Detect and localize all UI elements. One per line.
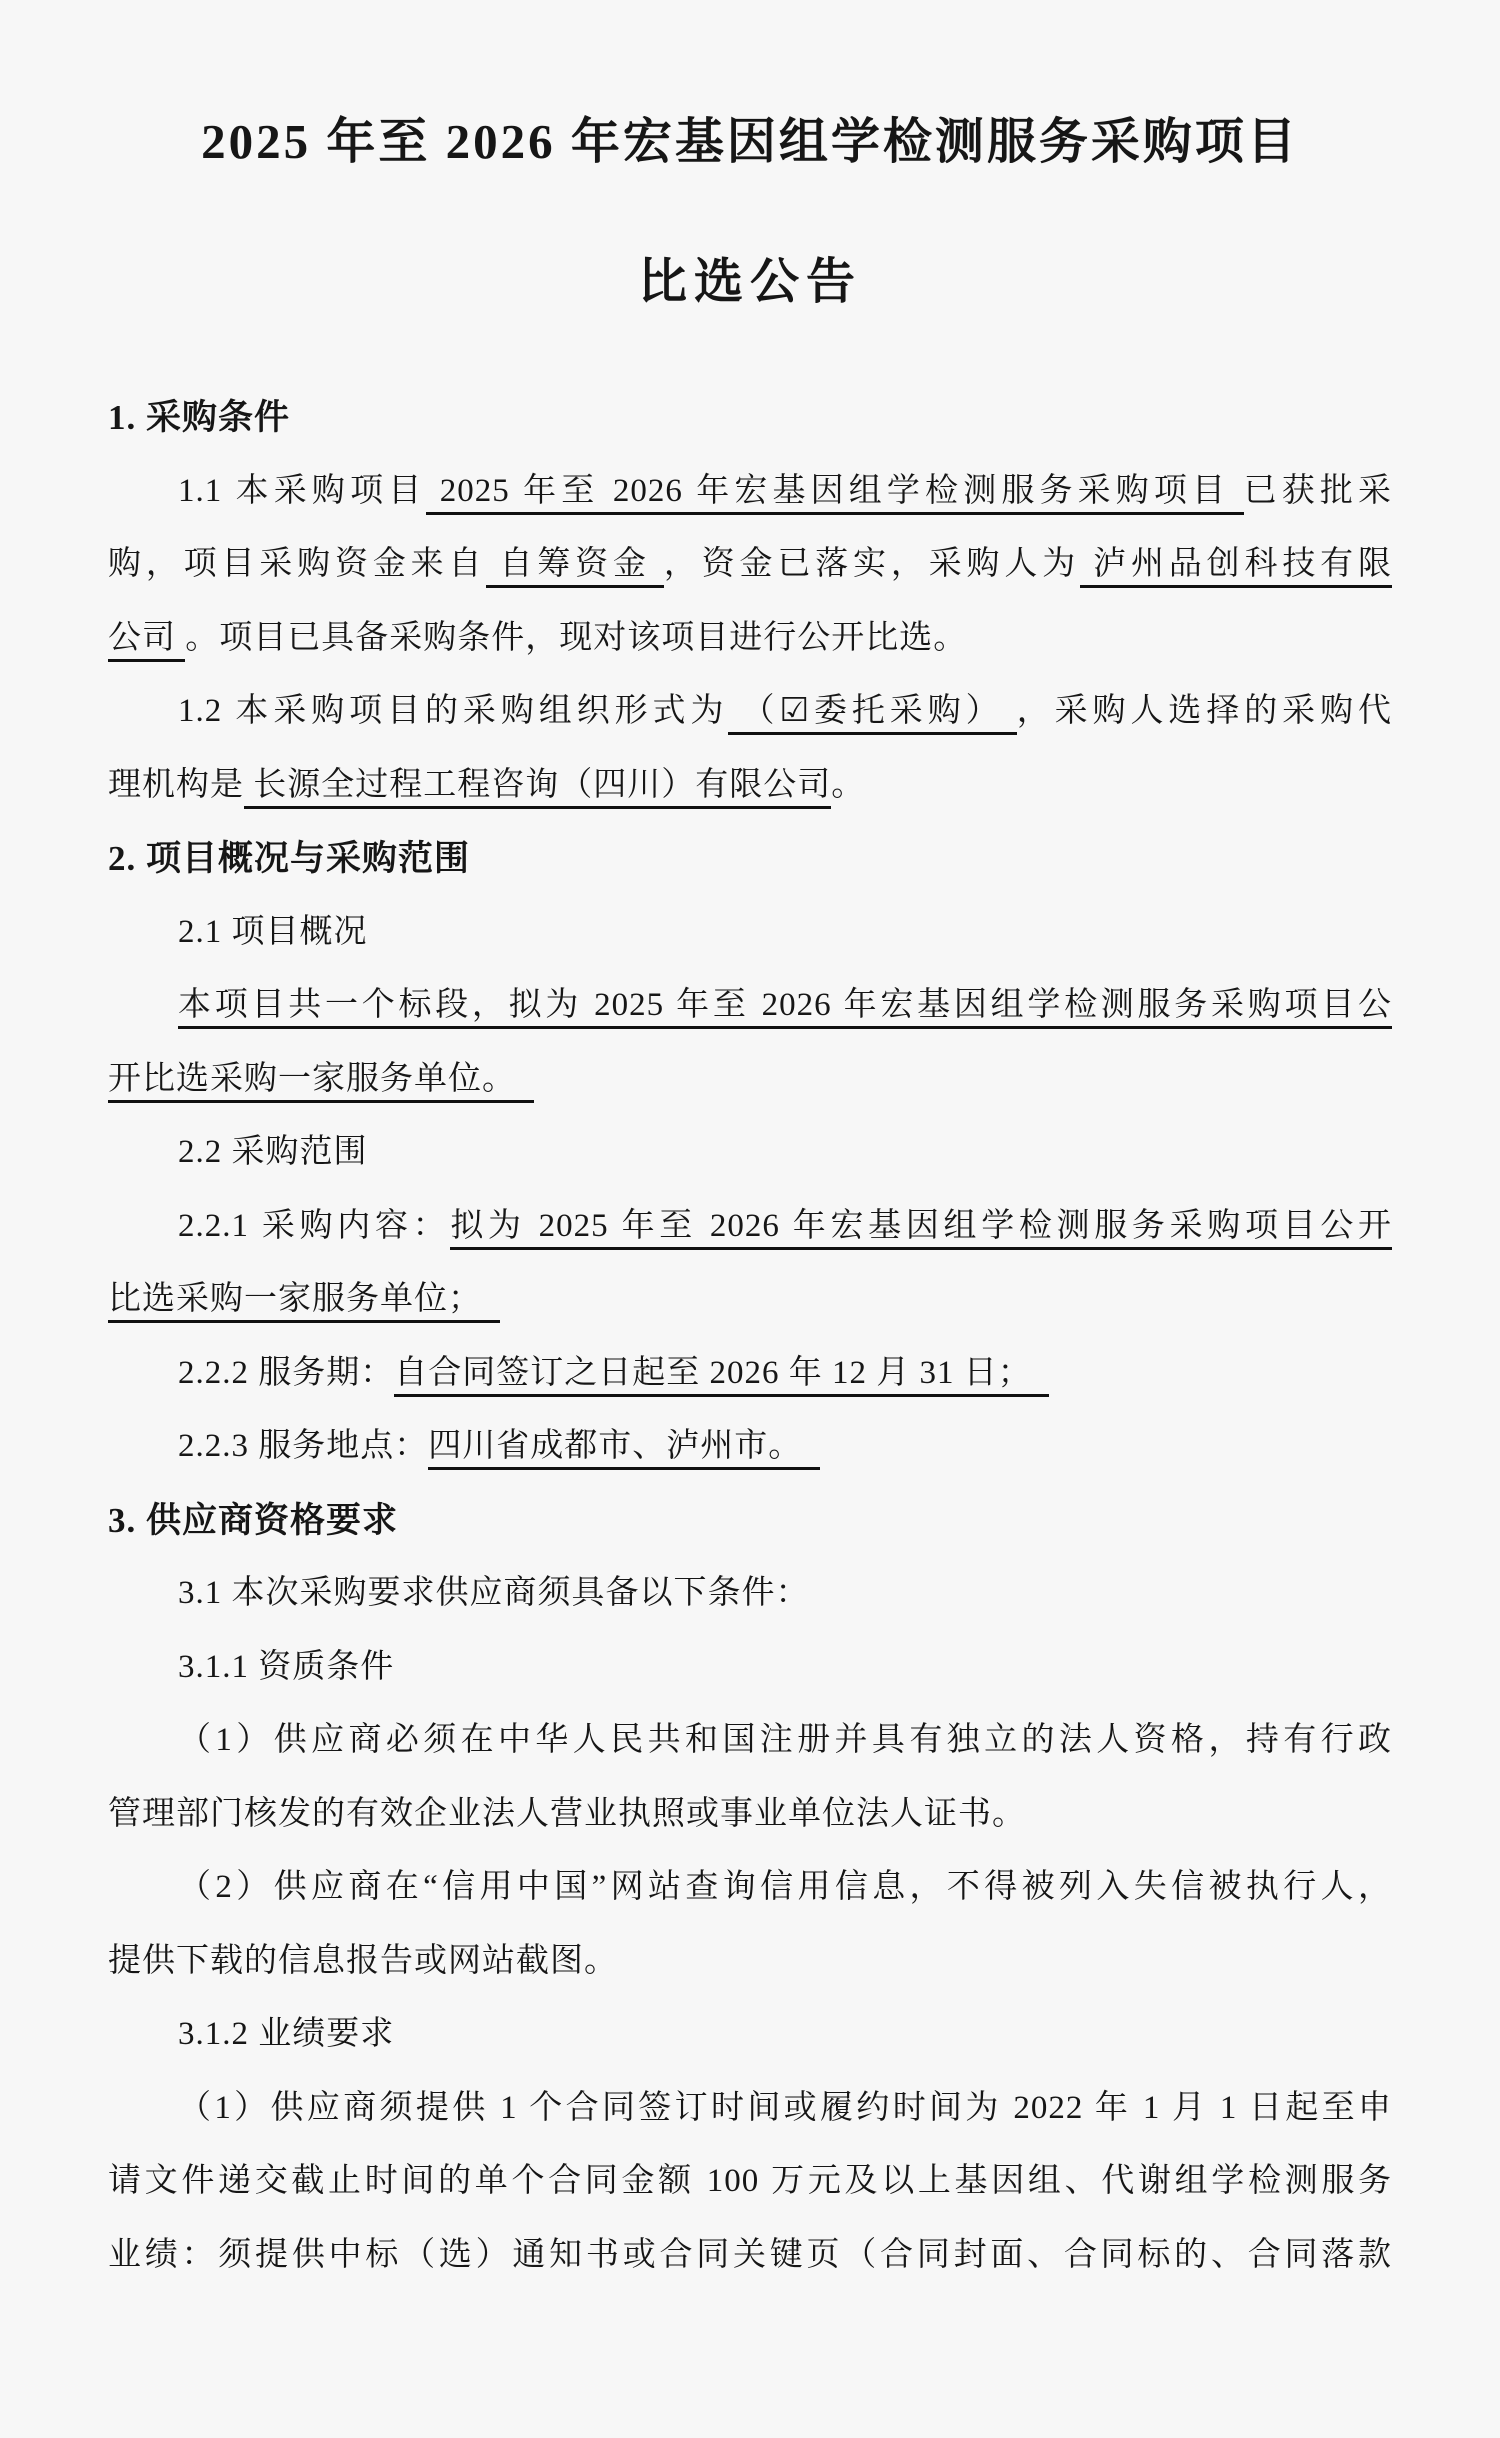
text-line: 提供下载的信息报告或网站截图。 xyxy=(108,1925,1392,1999)
underlined-text: （☑委托采购） xyxy=(728,693,1016,735)
text-line: （1）供应商须提供 1 个合同签订时间或履约时间为 2022 年 1 月 1 日… xyxy=(108,2072,1392,2146)
section-heading: 3. 供应商资格要求 xyxy=(108,1484,1392,1558)
text-line: 1.1 本采购项目 2025 年至 2026 年宏基因组学检测服务采购项目 已获… xyxy=(108,455,1392,529)
text-segment: 1.2 本采购项目的采购组织形式为 xyxy=(178,693,728,729)
text-segment: （1）供应商须提供 1 个合同签订时间或履约时间为 2022 年 1 月 1 日… xyxy=(178,2090,1392,2126)
text-segment: 2.2.2 服务期： xyxy=(178,1355,394,1391)
text-segment: （1）供应商必须在中华人民共和国注册并具有独立的法人资格，持有行政 xyxy=(178,1722,1392,1758)
document-subtitle: 比选公告 xyxy=(108,242,1392,322)
text-segment: 2.2 采购范围 xyxy=(178,1134,368,1170)
text-line: （2）供应商在“信用中国”网站查询信用信息，不得被列入失信被执行人， xyxy=(108,1851,1392,1925)
text-line: 理机构是 长源全过程工程咨询（四川）有限公司。 xyxy=(108,749,1392,823)
text-segment: ，采购人选择的采购代 xyxy=(1017,693,1392,729)
text-segment: 业绩：须提供中标（选）通知书或合同关键页（合同封面、合同标的、合同落款 xyxy=(108,2237,1392,2273)
text-segment: 1.1 本采购项目 xyxy=(178,473,426,509)
text-segment: 。项目已具备采购条件，现对该项目进行公开比选。 xyxy=(185,620,967,656)
text-segment: 。 xyxy=(831,767,865,803)
text-line: 2.1 项目概况 xyxy=(108,896,1392,970)
text-segment: 3.1 本次采购要求供应商须具备以下条件： xyxy=(178,1575,810,1611)
document-title: 2025 年至 2026 年宏基因组学检测服务采购项目 xyxy=(108,102,1392,182)
underlined-text: 泸州品创科技有限 xyxy=(1080,546,1392,588)
text-segment: 2.1 项目概况 xyxy=(178,914,368,950)
underlined-text: 拟为 2025 年至 2026 年宏基因组学检测服务采购项目公开 xyxy=(450,1208,1392,1250)
text-line: 请文件递交截止时间的单个合同金额 100 万元及以上基因组、代谢组学检测服务 xyxy=(108,2145,1392,2219)
document-page: 2025 年至 2026 年宏基因组学检测服务采购项目 比选公告 1. 采购条件… xyxy=(0,0,1500,2438)
underlined-text: 公司 xyxy=(108,620,185,662)
text-segment: 2. 项目概况与采购范围 xyxy=(108,839,470,878)
section-heading: 1. 采购条件 xyxy=(108,381,1392,455)
text-line: 3.1.2 业绩要求 xyxy=(108,1998,1392,2072)
document-body: 1. 采购条件1.1 本采购项目 2025 年至 2026 年宏基因组学检测服务… xyxy=(108,381,1392,2292)
underlined-text: 2025 年至 2026 年宏基因组学检测服务采购项目 xyxy=(426,473,1243,515)
text-segment: 2.2.3 服务地点： xyxy=(178,1428,428,1464)
text-line: 业绩：须提供中标（选）通知书或合同关键页（合同封面、合同标的、合同落款 xyxy=(108,2219,1392,2293)
underlined-text: 长源全过程工程咨询（四川）有限公司 xyxy=(244,767,831,809)
text-segment: 购，项目采购资金来自 xyxy=(108,546,486,582)
text-line: 2.2 采购范围 xyxy=(108,1116,1392,1190)
underlined-text: 比选采购一家服务单位； xyxy=(108,1281,500,1323)
text-segment: 请文件递交截止时间的单个合同金额 100 万元及以上基因组、代谢组学检测服务 xyxy=(108,2163,1392,2199)
underlined-text: 开比选采购一家服务单位。 xyxy=(108,1061,534,1103)
text-segment: 3.1.2 业绩要求 xyxy=(178,2016,394,2052)
text-line: 开比选采购一家服务单位。 xyxy=(108,1043,1392,1117)
text-line: 购，项目采购资金来自 自筹资金 ，资金已落实，采购人为 泸州品创科技有限 xyxy=(108,528,1392,602)
text-segment: 提供下载的信息报告或网站截图。 xyxy=(108,1943,618,1979)
text-segment: 3. 供应商资格要求 xyxy=(108,1501,398,1540)
text-line: 管理部门核发的有效企业法人营业执照或事业单位法人证书。 xyxy=(108,1778,1392,1852)
underlined-text: 自合同签订之日起至 2026 年 12 月 31 日； xyxy=(394,1355,1049,1397)
text-line: 2.2.1 采购内容：拟为 2025 年至 2026 年宏基因组学检测服务采购项… xyxy=(108,1190,1392,1264)
text-line: 比选采购一家服务单位； xyxy=(108,1263,1392,1337)
text-segment: 1. 采购条件 xyxy=(108,398,290,437)
text-line: （1）供应商必须在中华人民共和国注册并具有独立的法人资格，持有行政 xyxy=(108,1704,1392,1778)
underlined-text: 本项目共一个标段，拟为 2025 年至 2026 年宏基因组学检测服务采购项目公 xyxy=(178,987,1392,1029)
text-line: 3.1.1 资质条件 xyxy=(108,1631,1392,1705)
text-line: 公司 。项目已具备采购条件，现对该项目进行公开比选。 xyxy=(108,602,1392,676)
text-line: 3.1 本次采购要求供应商须具备以下条件： xyxy=(108,1557,1392,1631)
text-segment: 3.1.1 资质条件 xyxy=(178,1649,394,1685)
text-segment: 2.2.1 采购内容： xyxy=(178,1208,450,1244)
underlined-text: 自筹资金 xyxy=(486,546,664,588)
text-line: 2.2.3 服务地点：四川省成都市、泸州市。 xyxy=(108,1410,1392,1484)
text-segment: 理机构是 xyxy=(108,767,244,803)
underlined-text: 四川省成都市、泸州市。 xyxy=(428,1428,820,1470)
text-segment: 已获批采 xyxy=(1244,473,1392,509)
section-heading: 2. 项目概况与采购范围 xyxy=(108,822,1392,896)
text-segment: （2）供应商在“信用中国”网站查询信用信息，不得被列入失信被执行人， xyxy=(178,1869,1392,1905)
text-segment: 管理部门核发的有效企业法人营业执照或事业单位法人证书。 xyxy=(108,1796,1026,1832)
text-segment: ，资金已落实，采购人为 xyxy=(664,546,1080,582)
text-line: 2.2.2 服务期：自合同签订之日起至 2026 年 12 月 31 日； xyxy=(108,1337,1392,1411)
text-line: 本项目共一个标段，拟为 2025 年至 2026 年宏基因组学检测服务采购项目公 xyxy=(108,969,1392,1043)
text-line: 1.2 本采购项目的采购组织形式为 （☑委托采购） ，采购人选择的采购代 xyxy=(108,675,1392,749)
